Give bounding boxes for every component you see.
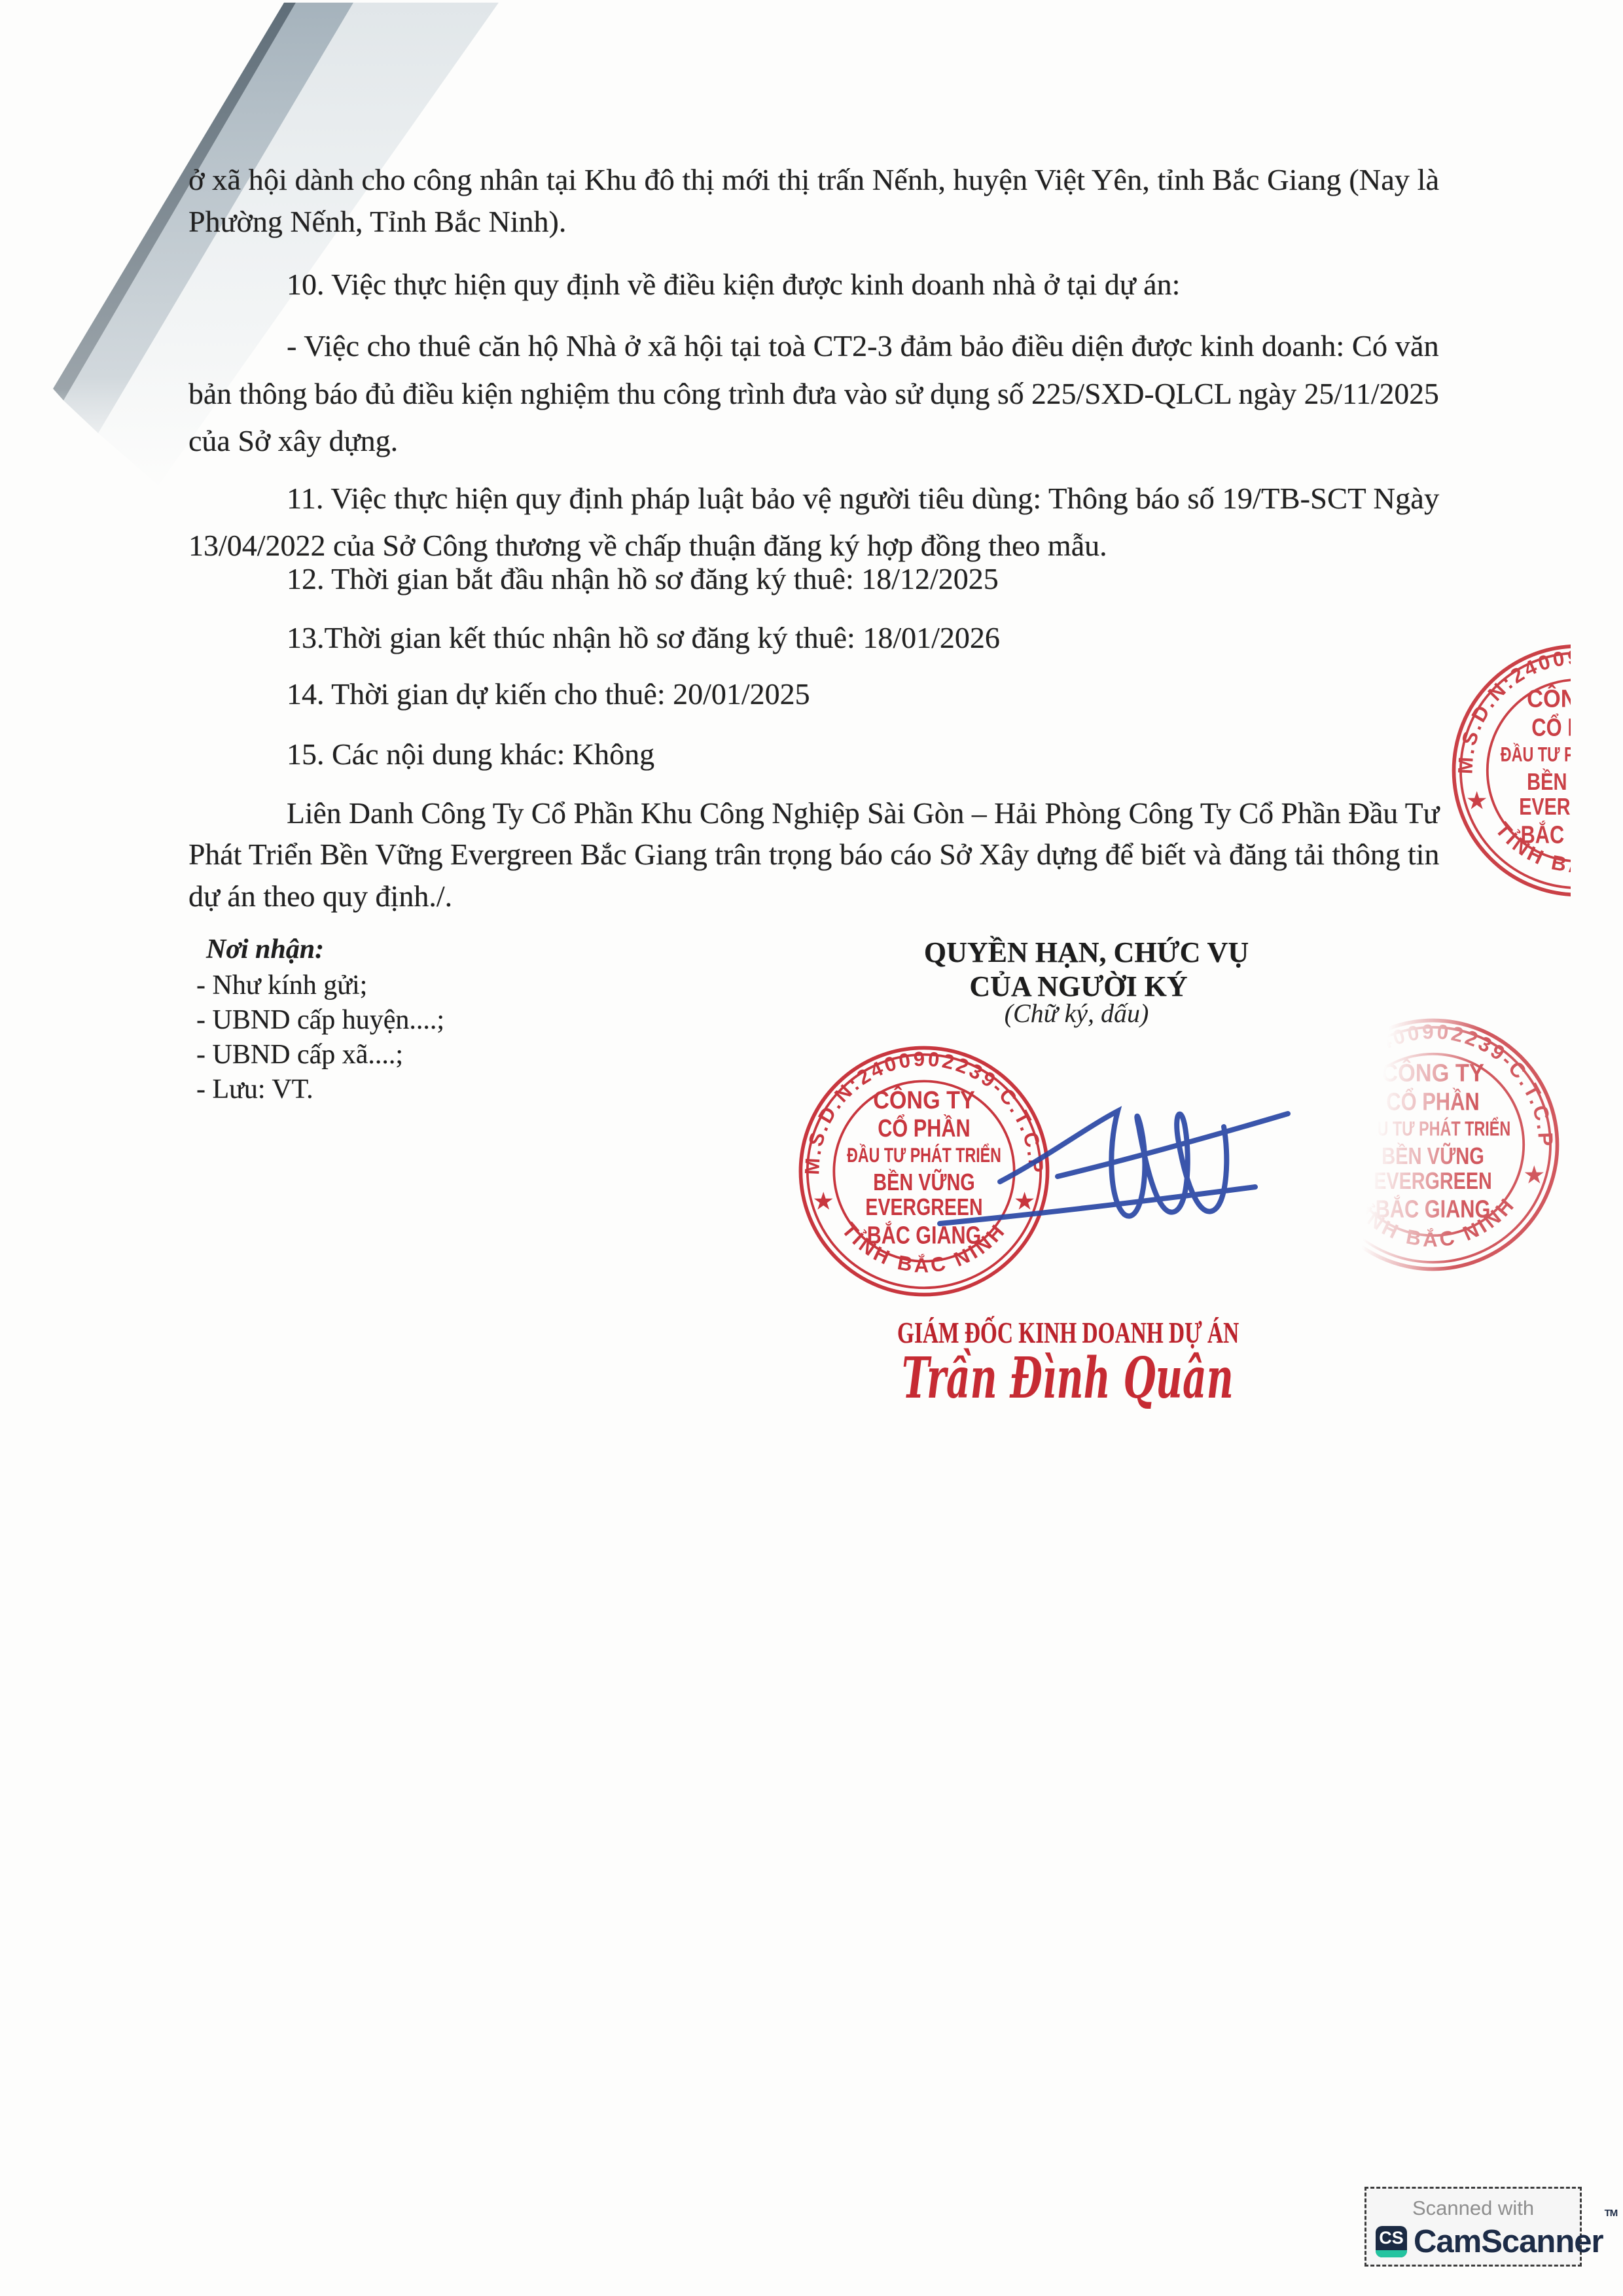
svg-text:BỀN VỮNG: BỀN VỮNG [1527,768,1571,795]
svg-text:ĐẦU TƯ PHÁT TRIỂN: ĐẦU TƯ PHÁT TRIỂN [847,1144,1001,1167]
svg-text:★: ★ [1523,1161,1545,1189]
svg-text:★: ★ [1321,1161,1343,1189]
recipient-item-2: - UBND cấp huyện....; [196,1006,444,1034]
svg-text:BỀN VỮNG: BỀN VỮNG [873,1169,975,1195]
body-line-3: 10. Việc thực hiện quy định về điều kiện… [287,270,1180,300]
scanned-document-page: ở xã hội dành cho công nhân tại Khu đô t… [0,0,1623,2296]
signing-title-line2: CỦA NGƯỜI KÝ [969,972,1187,1001]
svg-text:★: ★ [1014,1188,1036,1215]
svg-text:ĐẦU TƯ PHÁT TRIỂN: ĐẦU TƯ PHÁT TRIỂN [1501,743,1571,766]
body-line-11: 14. Thời gian dự kiến cho thuê: 20/01/20… [287,679,810,709]
camscanner-tm: TM [1605,2208,1618,2219]
camscanner-brand: CamScannerTM [1414,2223,1616,2260]
svg-text:EVERGREEN: EVERGREEN [1374,1167,1492,1194]
camscanner-logo-teal-bar [1376,2250,1407,2257]
body-line-2: Phường Nếnh, Tỉnh Bắc Ninh). [188,207,566,237]
svg-text:CÔNG TY: CÔNG TY [873,1086,975,1114]
body-line-10: 13.Thời gian kết thúc nhận hồ sơ đăng ký… [287,623,1000,653]
body-line-8: 13/04/2022 của Sở Công thương về chấp th… [188,531,1107,561]
recipient-item-1: - Như kính gửi; [196,972,367,999]
body-line-13: Liên Danh Công Ty Cổ Phần Khu Công Nghiệ… [287,798,1439,828]
company-seal-right-faded: M.S.D.N:2400902239-C.T.C.P TỈNH BẮC NINH… [1302,1014,1563,1279]
camscanner-row: CS CamScannerTM [1376,2225,1616,2258]
svg-text:BẮC GIANG: BẮC GIANG [1376,1195,1491,1224]
signer-position: GIÁM ĐỐC KINH DOANH DỰ ÁN [897,1318,1239,1348]
body-line-9: 12. Thời gian bắt đầu nhận hồ sơ đăng ký… [287,564,999,594]
svg-text:CỔ PHẦN: CỔ PHẦN [1386,1086,1480,1116]
svg-text:BỀN VỮNG: BỀN VỮNG [1382,1142,1484,1169]
body-line-1: ở xã hội dành cho công nhân tại Khu đô t… [188,165,1439,195]
svg-text:BẮC GIANG: BẮC GIANG [867,1221,981,1248]
recipient-item-3: - UBND cấp xã....; [196,1041,403,1069]
svg-text:ĐẦU TƯ PHÁT TRIỂN: ĐẦU TƯ PHÁT TRIỂN [1355,1117,1511,1140]
svg-text:CỔ PHẦN: CỔ PHẦN [878,1114,970,1142]
camscanner-logo-text: CS [1376,2228,1407,2248]
body-line-14: Phát Triển Bền Vững Evergreen Bắc Giang … [188,839,1439,870]
body-line-12: 15. Các nội dung khác: Không [287,739,654,769]
svg-text:★: ★ [1466,787,1488,815]
body-line-6: của Sở xây dựng. [188,426,398,456]
svg-text:CÔNG TY: CÔNG TY [1527,684,1571,713]
signing-title-line1: QUYỀN HẠN, CHỨC VỤ [924,938,1249,967]
svg-text:EVERGREEN: EVERGREEN [865,1194,982,1220]
scanned-with-label: Scanned with [1366,2197,1580,2220]
recipient-item-4: - Lưu: VT. [196,1076,313,1103]
svg-text:CỔ PHẦN: CỔ PHẦN [1531,712,1571,741]
signer-name: Trần Đình Quân [902,1351,1234,1407]
company-seal-main: M.S.D.N:2400902239-C.T.C.P TỈNH BẮC NINH… [794,1042,1054,1304]
svg-text:CÔNG TY: CÔNG TY [1382,1058,1484,1087]
company-seal-top-right-clip: M.S.D.N:2400902239-C.T.C.P TỈNH BẮC NINH… [1448,640,1571,902]
company-seal-top-right: M.S.D.N:2400902239-C.T.C.P TỈNH BẮC NINH… [1448,640,1571,902]
body-line-4: - Việc cho thuê căn hộ Nhà ở xã hội tại … [287,331,1439,361]
svg-text:BẮC GIANG: BẮC GIANG [1521,821,1571,849]
camscanner-badge: Scanned with CS CamScannerTM [1364,2187,1582,2267]
signing-note: (Chữ ký, dấu) [1005,1000,1149,1027]
body-line-15: dự án theo quy định./. [188,881,452,911]
body-line-5: bản thông báo đủ điều kiện nghiệm thu cô… [188,379,1439,409]
body-line-7: 11. Việc thực hiện quy định pháp luật bả… [287,484,1439,514]
camscanner-logo-icon: CS [1376,2226,1407,2257]
recipients-heading: Nơi nhận: [206,936,324,963]
svg-text:EVERGREEN: EVERGREEN [1519,793,1571,820]
svg-text:★: ★ [812,1188,834,1215]
